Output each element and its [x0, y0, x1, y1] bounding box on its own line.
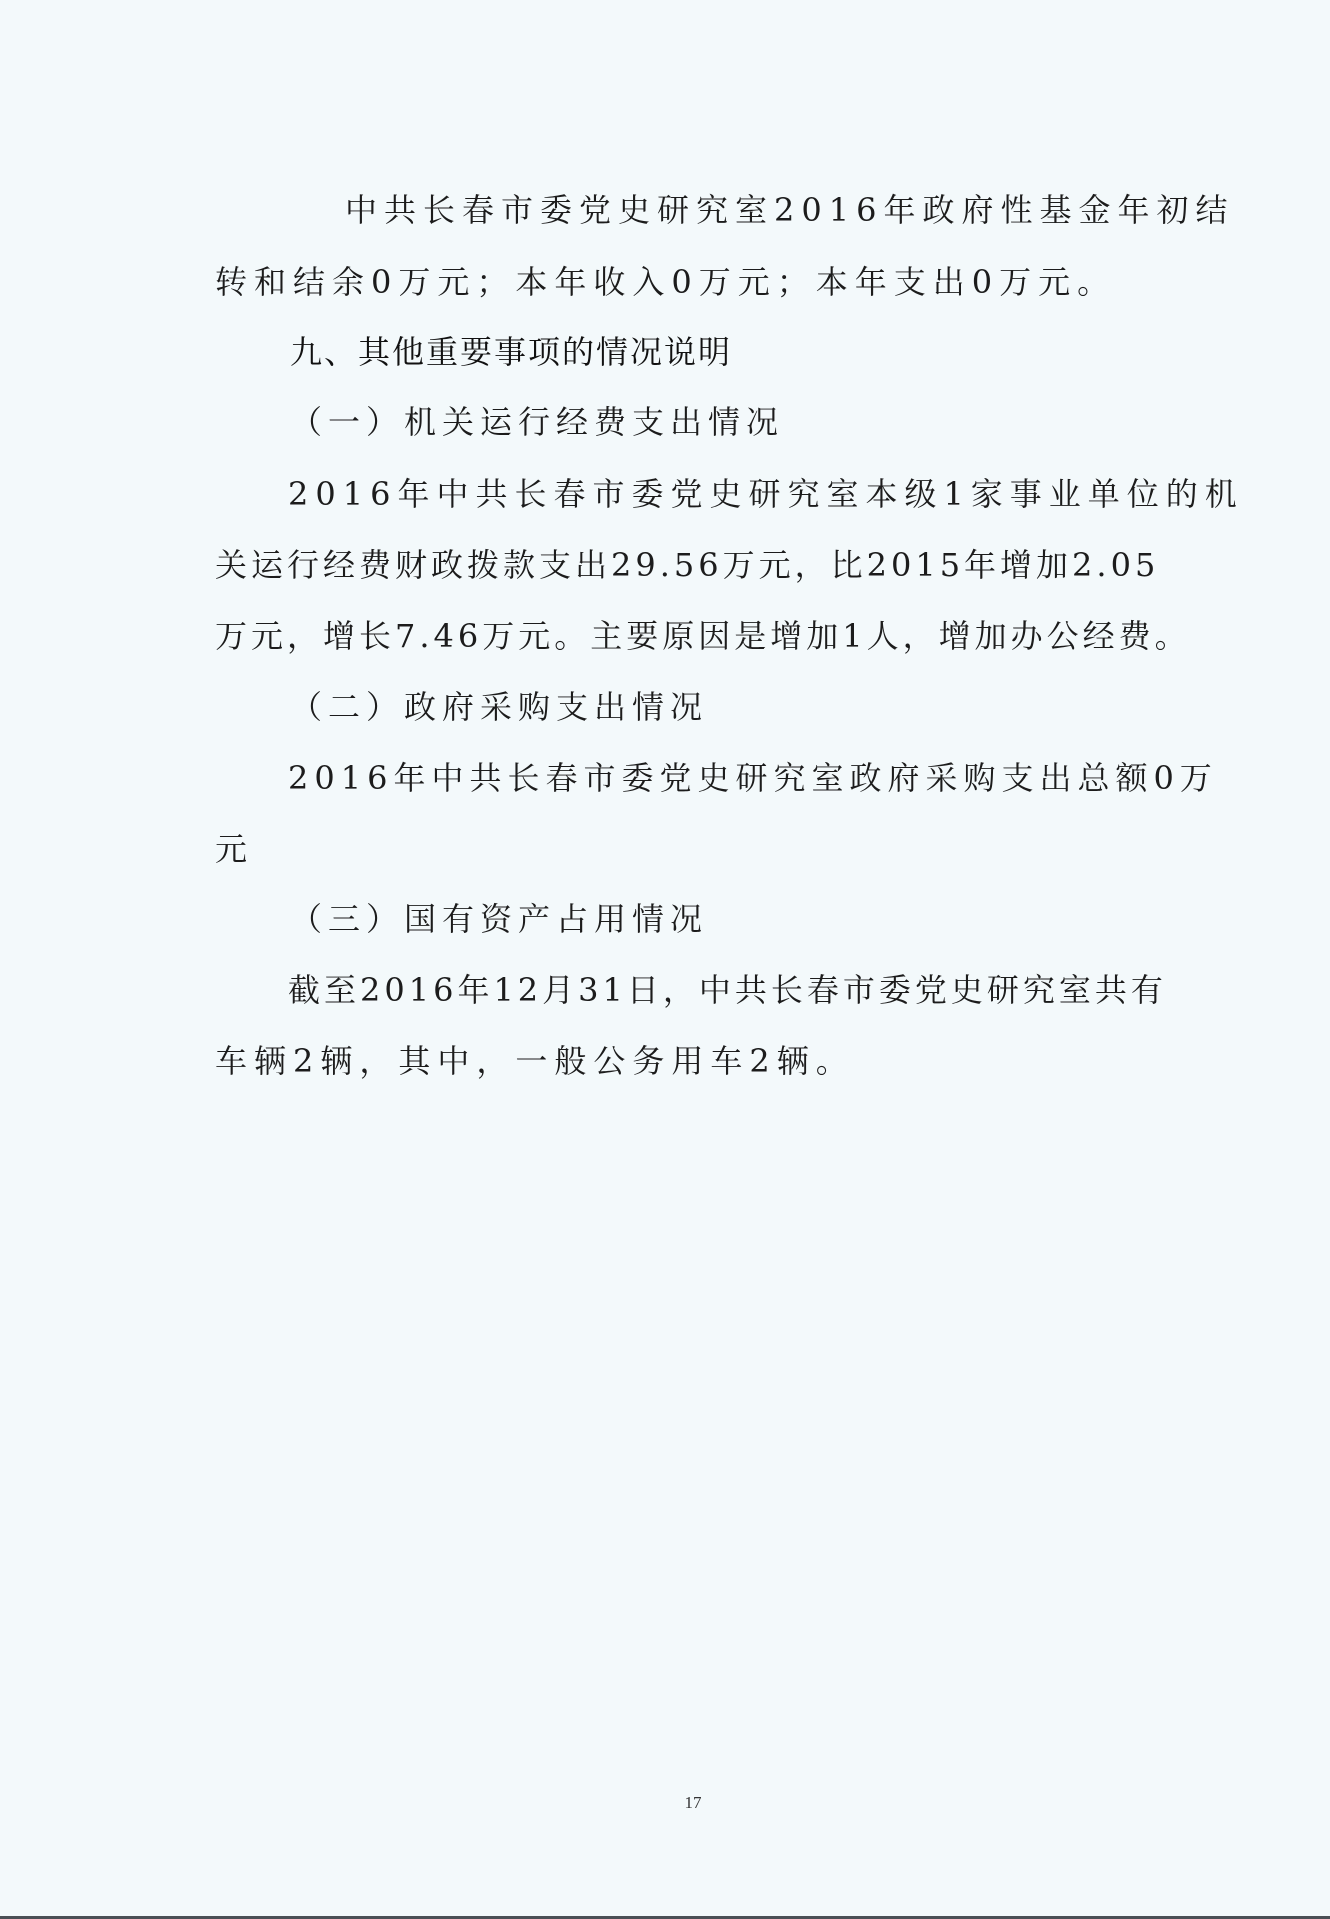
subsection-2-line-2: 元 [215, 829, 1155, 869]
document-page: 中共长春市委党史研究室2016年政府性基金年初结 转和结余0万元；本年收入0万元… [0, 0, 1330, 1919]
subsection-3-line-2: 车辆2辆，其中，一般公务用车2辆。 [215, 1041, 1155, 1081]
subsection-2-heading: （二）政府采购支出情况 [290, 687, 1230, 727]
fund-paragraph-line-2: 转和结余0万元；本年收入0万元；本年支出0万元。 [215, 262, 1155, 302]
section-9-heading: 九、其他重要事项的情况说明 [290, 332, 1230, 372]
page-number: 17 [670, 1793, 716, 1813]
subsection-3-line-1: 截至2016年12月31日，中共长春市委党史研究室共有 [288, 970, 1158, 1010]
subsection-1-heading: （一）机关运行经费支出情况 [290, 402, 1230, 442]
subsection-1-line-3: 万元，增长7.46万元。主要原因是增加1人，增加办公经费。 [215, 616, 1155, 656]
subsection-1-line-2: 关运行经费财政拨款支出29.56万元，比2015年增加2.05 [215, 545, 1155, 585]
subsection-1-line-1: 2016年中共长春市委党史研究室本级1家事业单位的机 [288, 474, 1158, 514]
fund-paragraph-line-1: 中共长春市委党史研究室2016年政府性基金年初结 [345, 190, 1155, 230]
subsection-2-line-1: 2016年中共长春市委党史研究室政府采购支出总额0万 [288, 758, 1158, 798]
subsection-3-heading: （三）国有资产占用情况 [290, 899, 1230, 939]
